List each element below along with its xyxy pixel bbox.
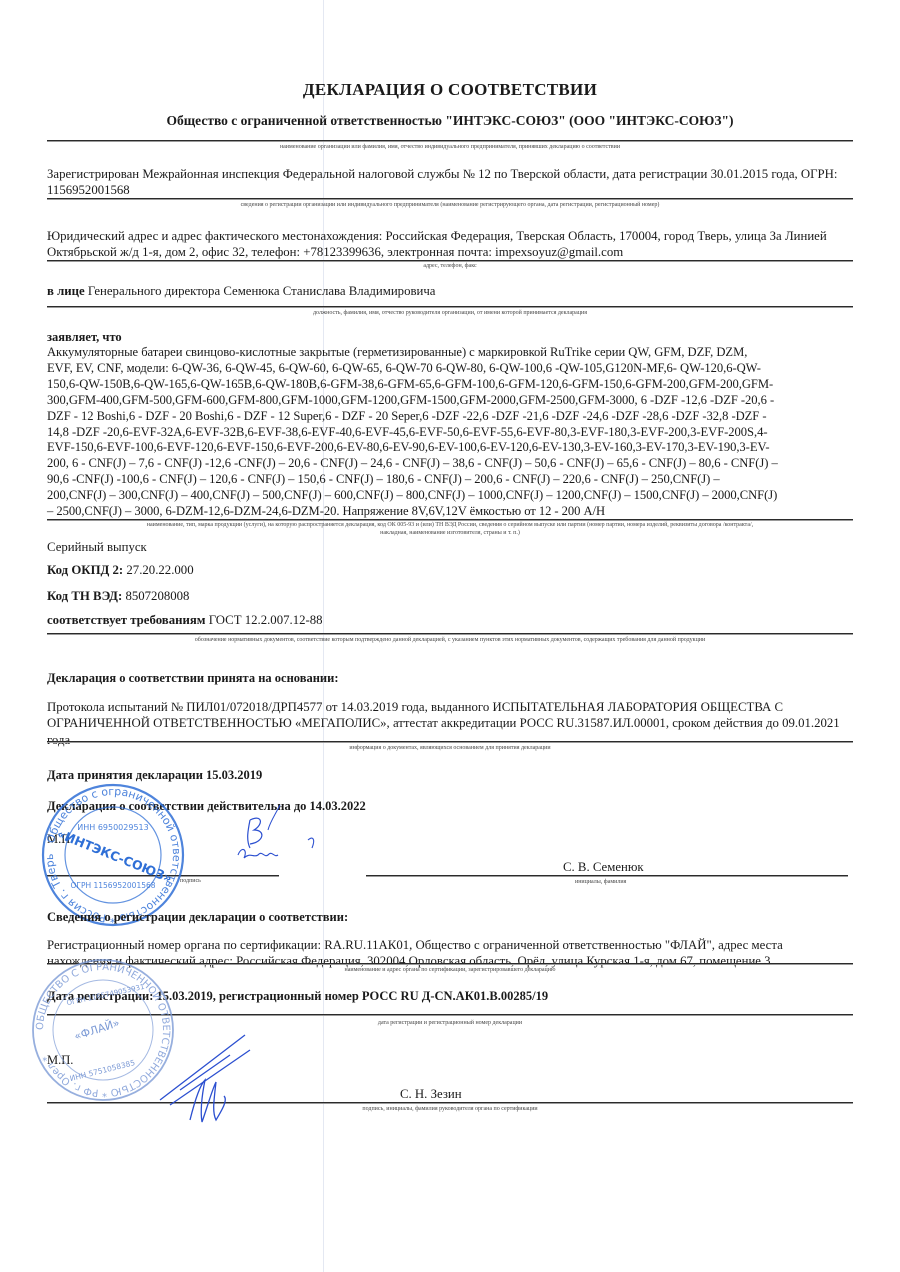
serial-release: Серийный выпуск	[47, 540, 147, 555]
svg-text:ОГРН 1156952001568: ОГРН 1156952001568	[70, 881, 155, 890]
representative-caption: должность, фамилия, имя, отчество руково…	[47, 310, 853, 316]
signature-zezin-icon	[150, 1030, 260, 1130]
address-info: Юридический адрес и адрес фактического м…	[47, 228, 847, 261]
representative-prefix: в лице	[47, 284, 85, 298]
representative-name: Генерального директора Семенюка Станисла…	[88, 284, 436, 298]
divider	[47, 633, 853, 635]
declares-label: заявляет, что	[47, 330, 122, 345]
tnved-value: 8507208008	[125, 589, 189, 603]
divider	[47, 741, 853, 743]
signer-1-name: С. В. Семенюк	[563, 860, 644, 875]
product-line: 200, 6 - CNF(J) – 7,6 - CNF(J) -12,6 -CN…	[47, 456, 847, 472]
divider	[47, 140, 853, 142]
basis-caption: информация о документах, являющихся осно…	[47, 745, 853, 751]
product-line: 150,6-QW-150B,6-QW-165,6-QW-165B,6-QW-18…	[47, 377, 847, 393]
complies-with: соответствует требованиям ГОСТ 12.2.007.…	[47, 613, 323, 628]
signature-semenyuk-icon	[220, 800, 340, 870]
certification-body-caption: наименование и адрес органа по сертифика…	[47, 967, 853, 973]
product-line: 300,GFM-400,GFM-500,GFM-600,GFM-800,GFM-…	[47, 393, 847, 409]
address-caption: адрес, телефон, факс	[47, 263, 853, 269]
divider	[47, 260, 853, 262]
stamp-intex-soyuz-icon: Общество с ограниченной ответственностью…	[38, 780, 188, 930]
product-line: DZF - 12 Boshi,6 - DZF - 20 Boshi,6 - DZ…	[47, 409, 847, 425]
signer-1-caption: инициалы, фамилия	[575, 879, 626, 885]
product-caption-1: наименование, тип, марка продукции (услу…	[47, 522, 853, 528]
signer-line	[366, 875, 848, 877]
product-list: Аккумуляторные батареи свинцово-кислотны…	[47, 345, 847, 520]
product-line: Аккумуляторные батареи свинцово-кислотны…	[47, 345, 847, 361]
representative-line: в лице Генерального директора Семенюка С…	[47, 284, 436, 299]
tnved-label: Код ТН ВЭД:	[47, 589, 122, 603]
basis-heading: Декларация о соответствии принята на осн…	[47, 671, 339, 686]
registration-info: Зарегистрирован Межрайонная инспекция Фе…	[47, 166, 847, 199]
divider	[47, 306, 853, 308]
divider	[47, 198, 853, 200]
product-line: 14,8 -DZF -20,6-EVF-32A,6-EVF-32B,6-EVF-…	[47, 425, 847, 441]
product-line: EVF, EV, CNF, модели: 6-QW-36, 6-QW-45, …	[47, 361, 847, 377]
applicant-name: Общество с ограниченной ответственностью…	[0, 113, 900, 129]
registration-heading: Сведения о регистрации декларации о соот…	[47, 910, 348, 925]
okpd-label: Код ОКПД 2:	[47, 563, 123, 577]
document-title: ДЕКЛАРАЦИЯ О СООТВЕТСТВИИ	[0, 80, 900, 100]
complies-caption: обозначение нормативных документов, соот…	[47, 637, 853, 643]
okpd-code: Код ОКПД 2: 27.20.22.000	[47, 563, 194, 578]
product-line: 200,CNF(J) – 300,CNF(J) – 400,CNF(J) – 5…	[47, 488, 847, 504]
signer-2-name: С. Н. Зезин	[400, 1087, 462, 1102]
complies-value: ГОСТ 12.2.007.12-88	[209, 613, 323, 627]
product-line: EVF-150,6-EVF-100,6-EVF-120,6-EVF-150,6-…	[47, 440, 847, 456]
adoption-date: Дата принятия декларации 15.03.2019	[47, 768, 262, 783]
registration-caption: сведения о регистрации организации или и…	[47, 202, 853, 208]
svg-text:ИНН 6950029513: ИНН 6950029513	[77, 823, 148, 832]
svg-text:ИНН 5751058385: ИНН 5751058385	[69, 1058, 136, 1083]
product-line: 90,6 -CNF(J) -100,6 - CNF(J) – 120,6 - C…	[47, 472, 847, 488]
okpd-value: 27.20.22.000	[126, 563, 193, 577]
product-line: – 2500,CNF(J) – 3000, 6-DZM-12,6-DZM-24,…	[47, 504, 847, 520]
divider	[47, 519, 853, 521]
complies-label: соответствует требованиям	[47, 613, 205, 627]
svg-text:«ФЛАЙ»: «ФЛАЙ»	[73, 1016, 122, 1043]
divider	[47, 963, 853, 965]
tnved-code: Код ТН ВЭД: 8507208008	[47, 589, 189, 604]
product-caption-2: накладная, наименование изготовителя, ст…	[47, 530, 853, 536]
applicant-caption: наименование организации или фамилия, им…	[47, 144, 853, 150]
